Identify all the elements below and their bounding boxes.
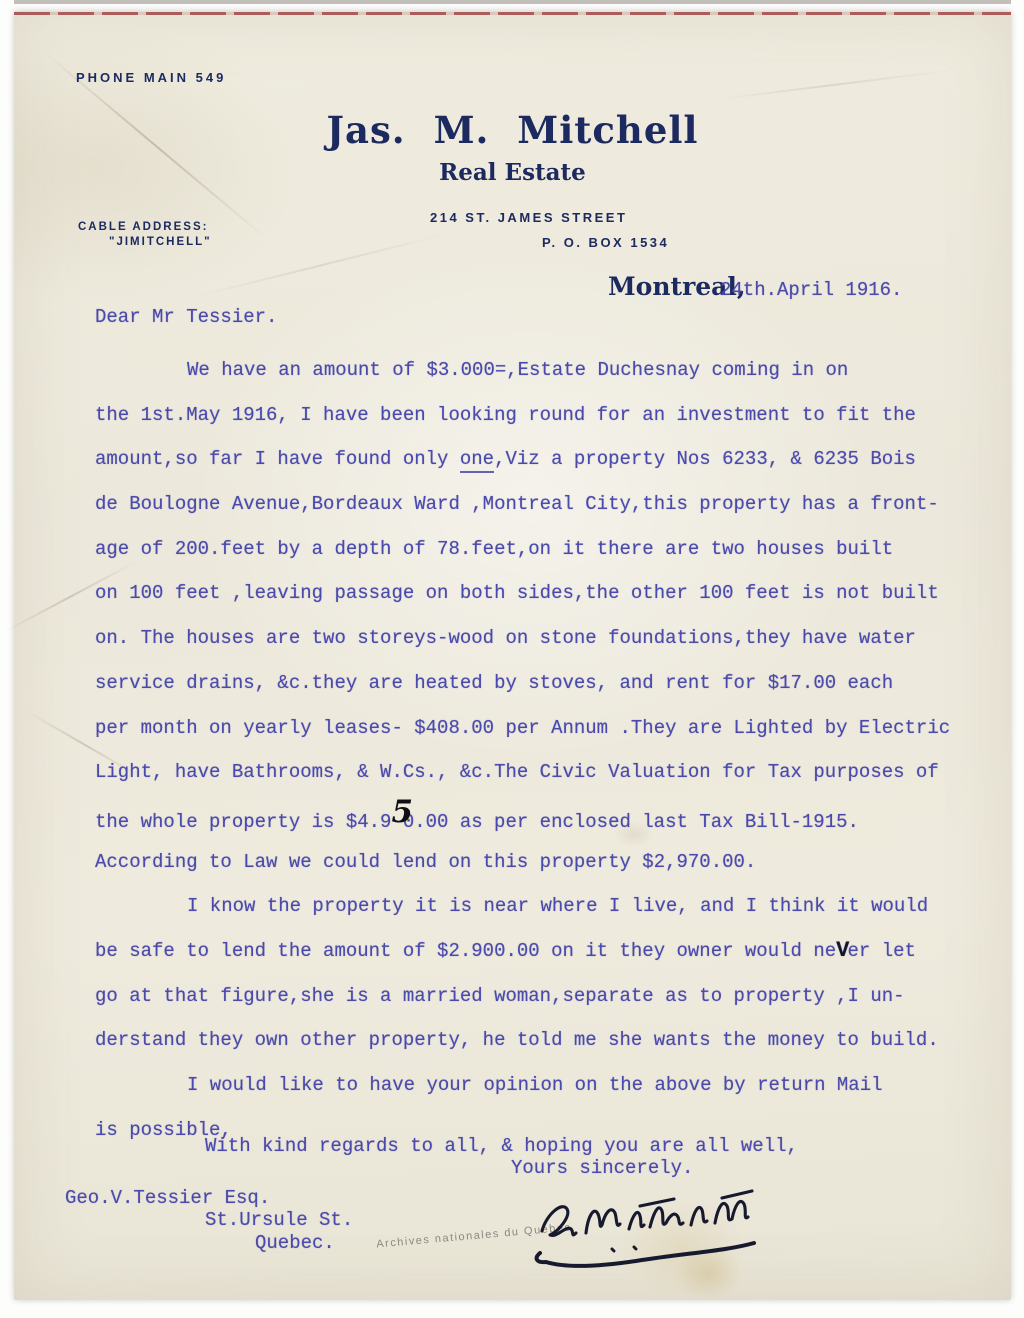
body-text: be safe to lend the amount of $2.900.00 …	[95, 940, 836, 962]
letter-body: We have an amount of $3.000=,Estate Duch…	[95, 348, 975, 1152]
body-line: service drains, &c.they are heated by st…	[95, 661, 975, 706]
red-scan-line	[14, 12, 1011, 15]
body-line: I would like to have your opinion on the…	[95, 1063, 975, 1108]
body-line: We have an amount of $3.000=,Estate Duch…	[95, 348, 975, 393]
recipient-street: St.Ursule St.	[65, 1209, 353, 1231]
salutation: Dear Mr Tessier.	[95, 306, 277, 328]
body-line: I know the property it is near where I l…	[95, 884, 975, 929]
recipient-city: Quebec.	[65, 1232, 353, 1254]
letterhead-street-address: 214 ST. JAMES STREET	[430, 210, 627, 225]
body-line: derstand they own other property, he tol…	[95, 1018, 975, 1063]
underlined-word: one	[460, 448, 494, 473]
paper-crease	[194, 233, 447, 298]
body-line: age of 200.feet by a depth of 78.feet,on…	[95, 527, 975, 572]
body-line: de Boulogne Avenue,Bordeaux Ward ,Montre…	[95, 482, 975, 527]
body-line: According to Law we could lend on this p…	[95, 840, 975, 885]
scan-top-edge	[14, 0, 1011, 4]
scan-background: PHONE MAIN 549 Jas. M. Mitchell Real Est…	[0, 0, 1024, 1318]
body-line: the 1st.May 1916, I have been looking ro…	[95, 393, 975, 438]
body-text: the whole property is $4.9	[95, 811, 391, 833]
body-line: per month on yearly leases- $408.00 per …	[95, 706, 975, 751]
paper-crease	[711, 70, 949, 101]
body-line: be safe to lend the amount of $2.900.00 …	[95, 929, 975, 974]
signature-handwriting	[526, 1183, 766, 1278]
letterhead-business-type: Real Estate	[14, 159, 1011, 186]
closing-regards: With kind regards to all, & hoping you a…	[95, 1135, 798, 1157]
handwritten-correction-5: 5	[391, 790, 402, 835]
letter-date: 24th.April 1916.	[720, 279, 902, 301]
body-line: on. The houses are two storeys-wood on s…	[95, 616, 975, 661]
closing: With kind regards to all, & hoping you a…	[95, 1135, 798, 1180]
body-line: amount,so far I have found only one,Viz …	[95, 437, 975, 482]
body-line: Light, have Bathrooms, & W.Cs., &c.The C…	[95, 750, 975, 795]
body-text: er let	[848, 940, 916, 962]
body-line: the whole property is $4.950.00 as per e…	[95, 795, 975, 840]
body-line: go at that figure,she is a married woman…	[95, 974, 975, 1019]
body-line: on 100 feet ,leaving passage on both sid…	[95, 571, 975, 616]
letter-paper: PHONE MAIN 549 Jas. M. Mitchell Real Est…	[14, 11, 1011, 1300]
body-text: amount,so far I have found only	[95, 448, 460, 470]
handwritten-correction-v: V	[836, 929, 847, 974]
letterhead-cable-label: CABLE ADDRESS:	[78, 221, 208, 233]
letterhead-company-name: Jas. M. Mitchell	[14, 108, 1011, 152]
body-text: ,Viz a property Nos 6233, & 6235 Bois	[494, 448, 916, 470]
recipient-name: Geo.V.Tessier Esq.	[65, 1187, 353, 1209]
letterhead-cable-value: "JIMITCHELL"	[109, 236, 212, 248]
closing-sincerely: Yours sincerely.	[95, 1157, 798, 1179]
letterhead-po-box: P. O. BOX 1534	[542, 235, 669, 250]
letterhead-phone: PHONE MAIN 549	[76, 70, 226, 85]
body-text: 0.00 as per enclosed last Tax Bill-1915.	[403, 811, 859, 833]
recipient-address: Geo.V.Tessier Esq. St.Ursule St. Quebec.	[65, 1187, 353, 1254]
